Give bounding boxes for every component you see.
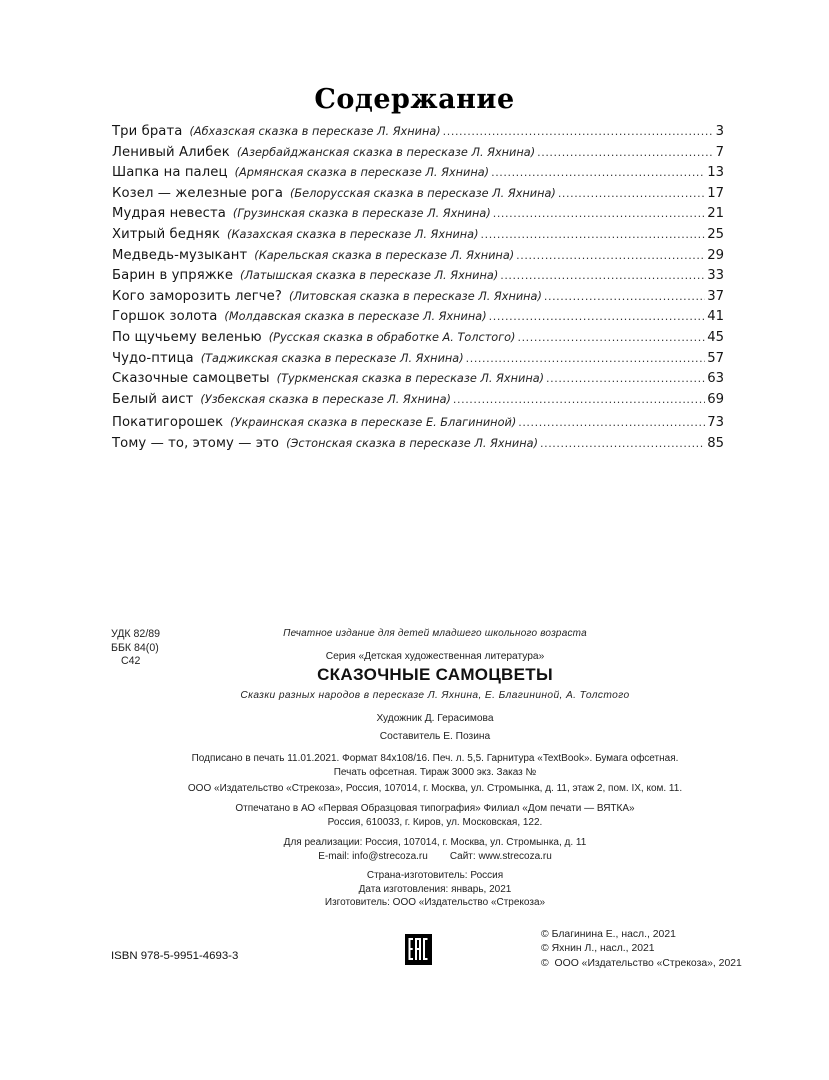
copyright-icon: © [541,958,549,969]
toc-entry[interactable]: Ленивый Алибек(Азербайджанская сказка в … [112,145,724,166]
toc-entry[interactable]: Барин в упряжке(Латышская сказка в перес… [112,268,724,289]
dot-leader [453,393,705,406]
dot-leader [500,269,705,282]
toc-entry-note: (Таджикская сказка в пересказе Л. Яхнина… [201,352,464,365]
toc-entry-note: (Украинская сказка в пересказе Е. Благин… [230,416,516,429]
toc-entry-page: 63 [707,371,724,386]
classification-codes: УДК 82/89 ББК 84(0) С42 [111,628,160,669]
manufacturer: Изготовитель: ООО «Издательство «Стрекоз… [205,896,665,910]
dot-leader [537,146,713,159]
toc-entry-title: Хитрый бедняк [112,227,220,242]
artist-credit: Художник Д. Герасимова [205,713,665,724]
dot-leader [517,331,705,344]
toc-entry-title: Белый аист [112,392,193,407]
toc-entry-title: Горшок золота [112,309,217,324]
eac-mark-icon [405,934,432,965]
book-title: СКАЗОЧНЫЕ САМОЦВЕТЫ [205,665,665,685]
email-link[interactable]: E-mail: info@strecoza.ru [318,851,428,862]
copyright-text: Благинина Е., насл., 2021 [552,929,676,940]
toc-entry[interactable]: Покатигорошек(Украинская сказка в переск… [112,415,724,436]
toc-entry-note: (Карельская сказка в пересказе Л. Яхнина… [254,249,514,262]
print-specs: Подписано в печать 11.01.2021. Формат 84… [120,752,750,780]
dot-leader [443,125,714,138]
toc-entry[interactable]: Белый аист(Узбекская сказка в пересказе … [112,392,724,413]
copyright-icon: © [541,929,549,940]
toc-entry-note: (Азербайджанская сказка в пересказе Л. Я… [237,146,535,159]
toc-entry-title: Козел — железные рога [112,186,283,201]
contacts: E-mail: info@strecoza.ruСайт: www.streco… [120,850,750,864]
publisher-address: ООО «Издательство «Стрекоза», Россия, 10… [120,783,750,794]
printer-line-2: Россия, 610033, г. Киров, ул. Московская… [120,816,750,830]
copyright-line: ©Яхнин Л., насл., 2021 [541,942,742,956]
book-page: Содержание Три брата(Абхазская сказка в … [0,0,829,1080]
toc-entry-note: (Эстонская сказка в пересказе Л. Яхнина) [286,437,538,450]
dot-leader [540,437,705,450]
toc-entry-page: 7 [716,145,724,160]
dot-leader [489,310,706,323]
series-name: Серия «Детская художественная литература… [205,651,665,662]
toc-entry-title: Кого заморозить легче? [112,289,282,304]
toc-entry-note: (Туркменская сказка в пересказе Л. Яхнин… [277,372,544,385]
dot-leader [544,290,705,303]
toc-entry[interactable]: Мудрая невеста(Грузинская сказка в перес… [112,206,724,227]
toc-entry[interactable]: Медведь-музыкант(Карельская сказка в пер… [112,248,724,269]
sale-address: Для реализации: Россия, 107014, г. Москв… [120,836,750,850]
toc-entry-title: Чудо-птица [112,351,194,366]
toc-entry-page: 85 [707,436,724,451]
author-code: С42 [111,655,160,669]
toc-entry-page: 33 [707,268,724,283]
dot-leader [493,207,705,220]
copyright-text: Яхнин Л., насл., 2021 [552,943,655,954]
dot-leader [466,352,706,365]
printer-line-1: Отпечатано в АО «Первая Образцовая типог… [120,802,750,816]
toc-entry-note: (Белорусская сказка в пересказе Л. Яхнин… [290,187,556,200]
toc-entry[interactable]: Горшок золота(Молдавская сказка в переск… [112,309,724,330]
toc-entry-title: Шапка на палец [112,165,228,180]
manufacturer-info: Страна-изготовитель: Россия Дата изготов… [205,869,665,910]
toc-entry-note: (Литовская сказка в пересказе Л. Яхнина) [289,290,542,303]
toc-entry-title: Медведь-музыкант [112,248,247,263]
toc-entry-title: Тому — то, этому — это [112,436,279,451]
toc-entry-title: По щучьему веленью [112,330,262,345]
toc-entry-note: (Молдавская сказка в пересказе Л. Яхнина… [224,310,486,323]
toc-entry-page: 25 [707,227,724,242]
toc-entry-note: (Армянская сказка в пересказе Л. Яхнина) [235,166,490,179]
toc-entry-note: (Абхазская сказка в пересказе Л. Яхнина) [189,125,440,138]
toc-list: Три брата(Абхазская сказка в пересказе Л… [112,124,724,457]
toc-title: Содержание [0,84,829,115]
toc-entry-note: (Грузинская сказка в пересказе Л. Яхнина… [233,207,491,220]
toc-entry[interactable]: Козел — железные рога(Белорусская сказка… [112,186,724,207]
toc-entry-page: 29 [707,248,724,263]
website-link[interactable]: Сайт: www.strecoza.ru [450,851,552,862]
toc-entry-page: 41 [707,309,724,324]
dot-leader [546,372,705,385]
toc-entry[interactable]: Сказочные самоцветы(Туркменская сказка в… [112,371,724,392]
toc-entry-title: Мудрая невеста [112,206,226,221]
dot-leader [491,166,705,179]
bbk-code: ББК 84(0) [111,642,160,656]
udk-code: УДК 82/89 [111,628,160,642]
toc-entry-page: 57 [707,351,724,366]
toc-entry-page: 37 [707,289,724,304]
sale-info: Для реализации: Россия, 107014, г. Москв… [120,836,750,864]
dot-leader [481,228,706,241]
manufacture-date: Дата изготовления: январь, 2021 [205,883,665,897]
audience-note: Печатное издание для детей младшего школ… [205,628,665,639]
toc-entry[interactable]: Чудо-птица(Таджикская сказка в пересказе… [112,351,724,372]
copyright-icon: © [541,943,549,954]
copyright-notices: ©Благинина Е., насл., 2021©Яхнин Л., нас… [541,928,742,971]
toc-entry-title: Покатигорошек [112,415,223,430]
toc-entry-title: Ленивый Алибек [112,145,230,160]
dot-leader [518,416,705,429]
toc-entry-note: (Казахская сказка в пересказе Л. Яхнина) [227,228,478,241]
dot-leader [558,187,705,200]
toc-entry-page: 3 [716,124,724,139]
toc-entry[interactable]: Кого заморозить легче?(Литовская сказка … [112,289,724,310]
print-specs-line-2: Печать офсетная. Тираж 3000 экз. Заказ № [120,766,750,780]
toc-entry[interactable]: По щучьему веленью(Русская сказка в обра… [112,330,724,351]
dot-leader [516,249,705,262]
toc-entry-note: (Латышская сказка в пересказе Л. Яхнина) [240,269,498,282]
copyright-line: ©Благинина Е., насл., 2021 [541,928,742,942]
toc-entry-note: (Узбекская сказка в пересказе Л. Яхнина) [200,393,451,406]
toc-entry-page: 17 [707,186,724,201]
toc-entry-note: (Русская сказка в обработке А. Толстого) [269,331,516,344]
toc-entry[interactable]: Тому — то, этому — это(Эстонская сказка … [112,436,724,457]
toc-entry-page: 69 [707,392,724,407]
toc-entry-page: 45 [707,330,724,345]
isbn: ISBN 978-5-9951-4693-3 [111,950,238,962]
toc-entry-title: Барин в упряжке [112,268,233,283]
toc-entry-title: Сказочные самоцветы [112,371,270,386]
toc-entry-page: 13 [707,165,724,180]
toc-entry[interactable]: Шапка на палец(Армянская сказка в переск… [112,165,724,186]
printer-info: Отпечатано в АО «Первая Образцовая типог… [120,802,750,830]
toc-entry-page: 21 [707,206,724,221]
book-subtitle: Сказки разных народов в пересказе Л. Яхн… [205,690,665,701]
copyright-line: © ООО «Издательство «Стрекоза», 2021 [541,957,742,971]
country-of-origin: Страна-изготовитель: Россия [205,869,665,883]
toc-entry[interactable]: Хитрый бедняк(Казахская сказка в переска… [112,227,724,248]
compiler-credit: Составитель Е. Позина [205,731,665,742]
copyright-text: ООО «Издательство «Стрекоза», 2021 [552,958,742,969]
print-specs-line-1: Подписано в печать 11.01.2021. Формат 84… [120,752,750,766]
toc-entry-title: Три брата [112,124,182,139]
toc-entry[interactable]: Три брата(Абхазская сказка в пересказе Л… [112,124,724,145]
toc-entry-page: 73 [707,415,724,430]
